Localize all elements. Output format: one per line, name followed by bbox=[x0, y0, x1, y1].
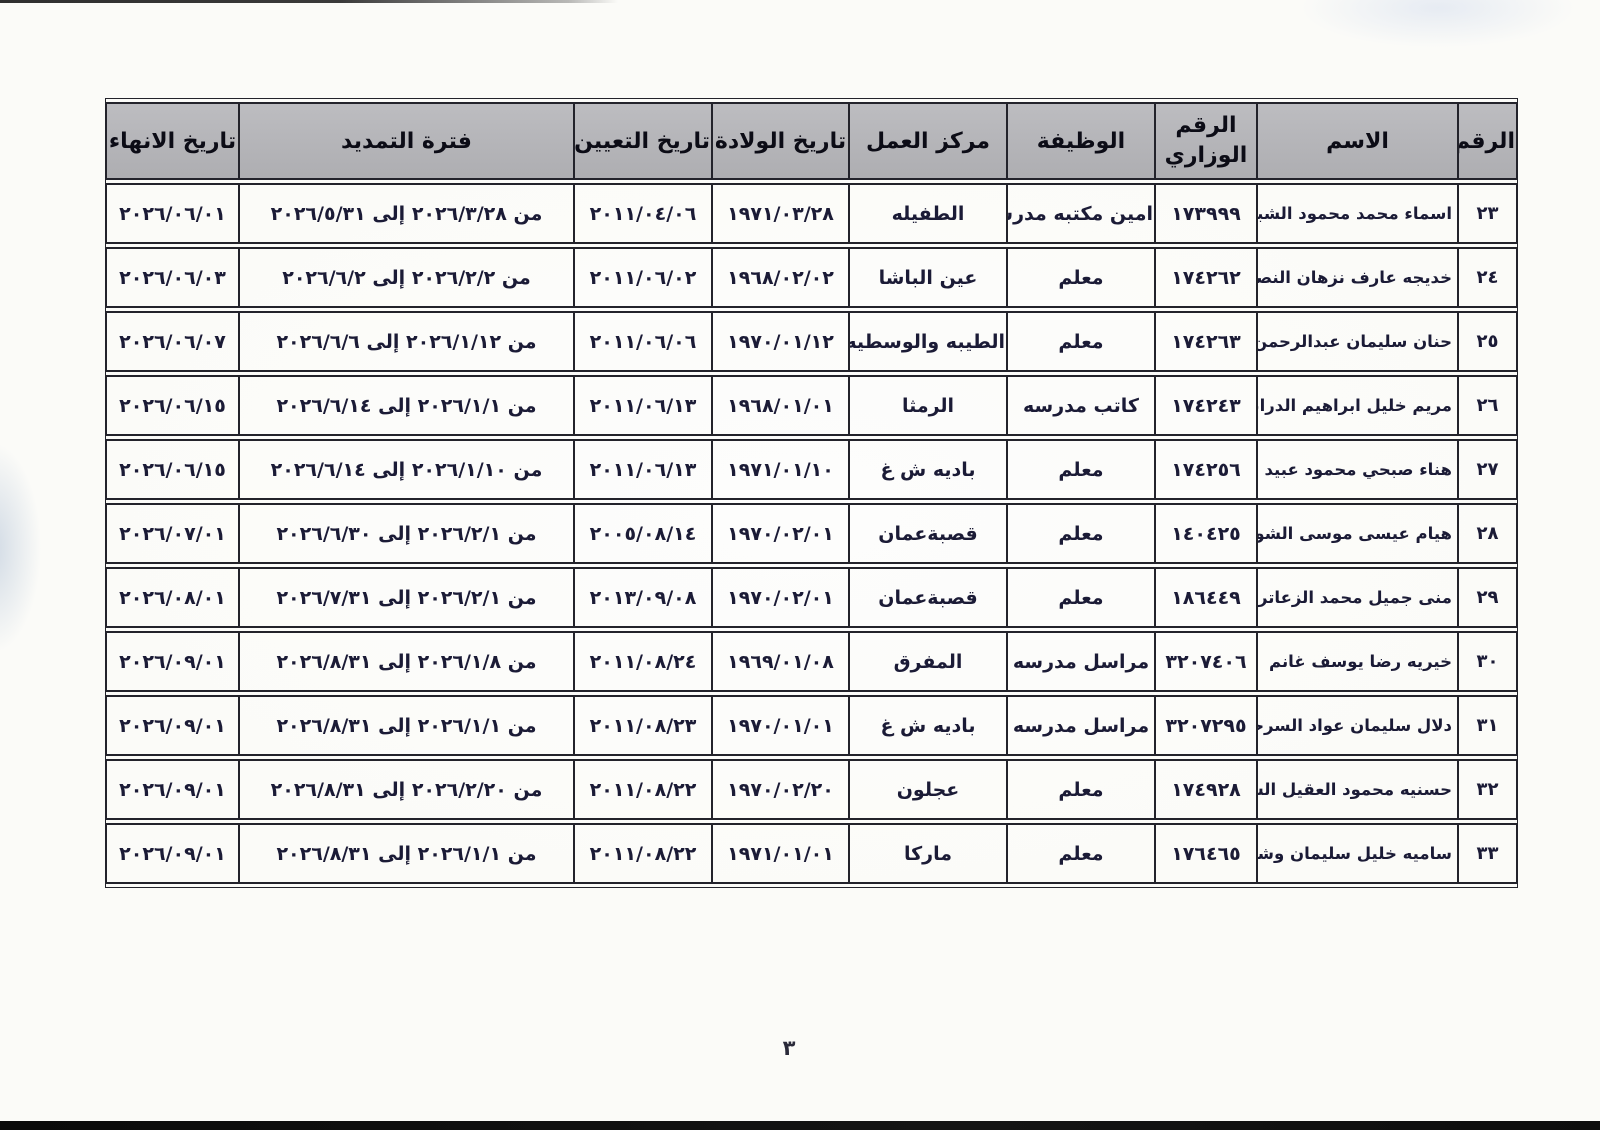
cell-work_center: الطيبه والوسطيه bbox=[849, 311, 1007, 372]
cell-work_center: الرمثا bbox=[849, 375, 1007, 436]
cell-number: ٣٢ bbox=[1458, 759, 1517, 820]
table-row: ٣١دلال سليمان عواد السرحان٣٢٠٧٢٩٥مراسل م… bbox=[106, 695, 1517, 756]
cell-end_date: ٢٠٢٦/٠٦/١٥ bbox=[106, 439, 239, 500]
scanned-document-page: الرقمالاسمالرقم الوزاريالوظيفةمركز العمل… bbox=[0, 0, 1600, 1130]
table-row: ٢٤خديجه عارف نزهان النصيرات١٧٤٢٦٢معلمعين… bbox=[106, 247, 1517, 308]
cell-number: ٢٣ bbox=[1458, 183, 1517, 244]
cell-birth_date: ١٩٧٠/٠٢/٠١ bbox=[712, 567, 849, 628]
cell-birth_date: ١٩٧١/٠١/١٠ bbox=[712, 439, 849, 500]
cell-ministry_number: ١٧٤٢٤٣ bbox=[1155, 375, 1257, 436]
cell-appointment_date: ٢٠١١/٠٨/٢٤ bbox=[574, 631, 712, 692]
cell-appointment_date: ٢٠١١/٠٨/٢٢ bbox=[574, 759, 712, 820]
table-row: ٣٠خيريه رضا يوسف غانم٣٢٠٧٤٠٦مراسل مدرسها… bbox=[106, 631, 1517, 692]
cell-job: معلم bbox=[1007, 311, 1155, 372]
table-header-row: الرقمالاسمالرقم الوزاريالوظيفةمركز العمل… bbox=[106, 102, 1517, 180]
cell-job: مراسل مدرسه bbox=[1007, 631, 1155, 692]
cell-end_date: ٢٠٢٦/٠٨/٠١ bbox=[106, 567, 239, 628]
cell-appointment_date: ٢٠٠٥/٠٨/١٤ bbox=[574, 503, 712, 564]
cell-end_date: ٢٠٢٦/٠٩/٠١ bbox=[106, 631, 239, 692]
cell-ministry_number: ١٨٦٤٤٩ bbox=[1155, 567, 1257, 628]
cell-name: اسماء محمد محمود الشباطات bbox=[1257, 183, 1458, 244]
cell-appointment_date: ٢٠١١/٠٤/٠٦ bbox=[574, 183, 712, 244]
cell-job: كاتب مدرسه bbox=[1007, 375, 1155, 436]
cell-appointment_date: ٢٠١١/٠٦/٠٢ bbox=[574, 247, 712, 308]
cell-job: مراسل مدرسه bbox=[1007, 695, 1155, 756]
cell-work_center: الطفيله bbox=[849, 183, 1007, 244]
employees-table-container: الرقمالاسمالرقم الوزاريالوظيفةمركز العمل… bbox=[105, 98, 1516, 888]
cell-ministry_number: ١٤٠٤٢٥ bbox=[1155, 503, 1257, 564]
cell-appointment_date: ٢٠١١/٠٦/٠٦ bbox=[574, 311, 712, 372]
cell-end_date: ٢٠٢٦/٠٦/١٥ bbox=[106, 375, 239, 436]
cell-appointment_date: ٢٠١١/٠٦/١٣ bbox=[574, 375, 712, 436]
cell-job: معلم bbox=[1007, 567, 1155, 628]
scan-edge-bottom-bar bbox=[0, 1121, 1600, 1130]
cell-extension_period: من ٢٠٢٦/٢/١ إلى ٢٠٢٦/٧/٣١ bbox=[239, 567, 574, 628]
cell-name: خديجه عارف نزهان النصيرات bbox=[1257, 247, 1458, 308]
cell-extension_period: من ٢٠٢٦/١/١ إلى ٢٠٢٦/٨/٣١ bbox=[239, 695, 574, 756]
cell-job: امين مكتبه مدرسه bbox=[1007, 183, 1155, 244]
cell-extension_period: من ٢٠٢٦/٢/١ إلى ٢٠٢٦/٦/٣٠ bbox=[239, 503, 574, 564]
cell-work_center: قصبةعمان bbox=[849, 567, 1007, 628]
cell-birth_date: ١٩٧٠/٠٢/٠١ bbox=[712, 503, 849, 564]
table-row: ٣٣ساميه خليل سليمان وشاح١٧٦٤٦٥معلمماركا١… bbox=[106, 823, 1517, 884]
column-header-work_center: مركز العمل bbox=[849, 102, 1007, 180]
cell-name: منى جميل محمد الزعاتره bbox=[1257, 567, 1458, 628]
cell-number: ٣١ bbox=[1458, 695, 1517, 756]
cell-end_date: ٢٠٢٦/٠٩/٠١ bbox=[106, 823, 239, 884]
table-row: ٢٩منى جميل محمد الزعاتره١٨٦٤٤٩معلمقصبةعم… bbox=[106, 567, 1517, 628]
cell-ministry_number: ٣٢٠٧٢٩٥ bbox=[1155, 695, 1257, 756]
column-header-ministry_number: الرقم الوزاري bbox=[1155, 102, 1257, 180]
cell-extension_period: من ٢٠٢٦/٣/٢٨ إلى ٢٠٢٦/٥/٣١ bbox=[239, 183, 574, 244]
cell-extension_period: من ٢٠٢٦/١/١ إلى ٢٠٢٦/٦/١٤ bbox=[239, 375, 574, 436]
cell-birth_date: ١٩٧٠/٠١/٠١ bbox=[712, 695, 849, 756]
cell-number: ٢٦ bbox=[1458, 375, 1517, 436]
cell-birth_date: ١٩٦٩/٠١/٠٨ bbox=[712, 631, 849, 692]
cell-appointment_date: ٢٠١٣/٠٩/٠٨ bbox=[574, 567, 712, 628]
cell-ministry_number: ١٧٣٩٩٩ bbox=[1155, 183, 1257, 244]
cell-name: حنان سليمان عبدالرحمن العزام bbox=[1257, 311, 1458, 372]
table-row: ٣٢حسنيه محمود العقيل الشواشره١٧٤٩٢٨معلمع… bbox=[106, 759, 1517, 820]
cell-job: معلم bbox=[1007, 439, 1155, 500]
column-header-number: الرقم bbox=[1458, 102, 1517, 180]
cell-name: هيام عيسى موسى الشوبكي bbox=[1257, 503, 1458, 564]
cell-name: خيريه رضا يوسف غانم bbox=[1257, 631, 1458, 692]
column-header-name: الاسم bbox=[1257, 102, 1458, 180]
cell-number: ٢٨ bbox=[1458, 503, 1517, 564]
table-row: ٢٦مريم خليل ابراهيم الدرابسه١٧٤٢٤٣كاتب م… bbox=[106, 375, 1517, 436]
cell-ministry_number: ١٧٤٩٢٨ bbox=[1155, 759, 1257, 820]
cell-job: معلم bbox=[1007, 247, 1155, 308]
cell-end_date: ٢٠٢٦/٠٧/٠١ bbox=[106, 503, 239, 564]
cell-ministry_number: ١٧٦٤٦٥ bbox=[1155, 823, 1257, 884]
cell-name: مريم خليل ابراهيم الدرابسه bbox=[1257, 375, 1458, 436]
cell-extension_period: من ٢٠٢٦/٢/٢ إلى ٢٠٢٦/٦/٢ bbox=[239, 247, 574, 308]
cell-birth_date: ١٩٧١/٠١/٠١ bbox=[712, 823, 849, 884]
cell-extension_period: من ٢٠٢٦/٢/٢٠ إلى ٢٠٢٦/٨/٣١ bbox=[239, 759, 574, 820]
cell-number: ٢٤ bbox=[1458, 247, 1517, 308]
cell-work_center: باديه ش غ bbox=[849, 695, 1007, 756]
table-row: ٢٥حنان سليمان عبدالرحمن العزام١٧٤٢٦٣معلم… bbox=[106, 311, 1517, 372]
cell-extension_period: من ٢٠٢٦/١/١٢ إلى ٢٠٢٦/٦/٦ bbox=[239, 311, 574, 372]
cell-number: ٢٧ bbox=[1458, 439, 1517, 500]
cell-end_date: ٢٠٢٦/٠٦/٠٣ bbox=[106, 247, 239, 308]
cell-ministry_number: ٣٢٠٧٤٠٦ bbox=[1155, 631, 1257, 692]
column-header-end_date: تاريخ الانهاء bbox=[106, 102, 239, 180]
cell-number: ٣٠ bbox=[1458, 631, 1517, 692]
cell-ministry_number: ١٧٤٢٦٣ bbox=[1155, 311, 1257, 372]
table-row: ٢٧هناء صبحي محمود عبيد١٧٤٢٥٦معلمباديه ش … bbox=[106, 439, 1517, 500]
cell-appointment_date: ٢٠١١/٠٨/٢٣ bbox=[574, 695, 712, 756]
cell-name: دلال سليمان عواد السرحان bbox=[1257, 695, 1458, 756]
scan-edge-top-line bbox=[0, 0, 618, 3]
cell-job: معلم bbox=[1007, 823, 1155, 884]
table-row: ٢٨هيام عيسى موسى الشوبكي١٤٠٤٢٥معلمقصبةعم… bbox=[106, 503, 1517, 564]
cell-name: حسنيه محمود العقيل الشواشره bbox=[1257, 759, 1458, 820]
cell-extension_period: من ٢٠٢٦/١/١٠ إلى ٢٠٢٦/٦/١٤ bbox=[239, 439, 574, 500]
cell-name: هناء صبحي محمود عبيد bbox=[1257, 439, 1458, 500]
page-number: ٣ bbox=[0, 1036, 1578, 1060]
cell-work_center: باديه ش غ bbox=[849, 439, 1007, 500]
cell-work_center: ماركا bbox=[849, 823, 1007, 884]
cell-work_center: عين الباشا bbox=[849, 247, 1007, 308]
cell-birth_date: ١٩٦٨/٠٢/٠٢ bbox=[712, 247, 849, 308]
cell-extension_period: من ٢٠٢٦/١/٨ إلى ٢٠٢٦/٨/٣١ bbox=[239, 631, 574, 692]
cell-job: معلم bbox=[1007, 759, 1155, 820]
cell-appointment_date: ٢٠١١/٠٨/٢٢ bbox=[574, 823, 712, 884]
column-header-extension_period: فترة التمديد bbox=[239, 102, 574, 180]
cell-birth_date: ١٩٧١/٠٣/٢٨ bbox=[712, 183, 849, 244]
cell-job: معلم bbox=[1007, 503, 1155, 564]
cell-ministry_number: ١٧٤٢٦٢ bbox=[1155, 247, 1257, 308]
column-header-job: الوظيفة bbox=[1007, 102, 1155, 180]
cell-end_date: ٢٠٢٦/٠٩/٠١ bbox=[106, 695, 239, 756]
cell-appointment_date: ٢٠١١/٠٦/١٣ bbox=[574, 439, 712, 500]
cell-ministry_number: ١٧٤٢٥٦ bbox=[1155, 439, 1257, 500]
cell-number: ٢٩ bbox=[1458, 567, 1517, 628]
employees-table: الرقمالاسمالرقم الوزاريالوظيفةمركز العمل… bbox=[105, 98, 1518, 888]
column-header-appointment_date: تاريخ التعيين bbox=[574, 102, 712, 180]
cell-end_date: ٢٠٢٦/٠٦/٠٧ bbox=[106, 311, 239, 372]
cell-end_date: ٢٠٢٦/٠٦/٠١ bbox=[106, 183, 239, 244]
cell-extension_period: من ٢٠٢٦/١/١ إلى ٢٠٢٦/٨/٣١ bbox=[239, 823, 574, 884]
cell-end_date: ٢٠٢٦/٠٩/٠١ bbox=[106, 759, 239, 820]
column-header-birth_date: تاريخ الولادة bbox=[712, 102, 849, 180]
table-body: ٢٣اسماء محمد محمود الشباطات١٧٣٩٩٩امين مك… bbox=[106, 183, 1517, 884]
cell-work_center: المفرق bbox=[849, 631, 1007, 692]
cell-number: ٣٣ bbox=[1458, 823, 1517, 884]
cell-work_center: عجلون bbox=[849, 759, 1007, 820]
cell-number: ٢٥ bbox=[1458, 311, 1517, 372]
cell-name: ساميه خليل سليمان وشاح bbox=[1257, 823, 1458, 884]
cell-birth_date: ١٩٧٠/٠٢/٢٠ bbox=[712, 759, 849, 820]
cell-birth_date: ١٩٧٠/٠١/١٢ bbox=[712, 311, 849, 372]
cell-birth_date: ١٩٦٨/٠١/٠١ bbox=[712, 375, 849, 436]
table-header: الرقمالاسمالرقم الوزاريالوظيفةمركز العمل… bbox=[106, 102, 1517, 180]
cell-work_center: قصبةعمان bbox=[849, 503, 1007, 564]
table-row: ٢٣اسماء محمد محمود الشباطات١٧٣٩٩٩امين مك… bbox=[106, 183, 1517, 244]
